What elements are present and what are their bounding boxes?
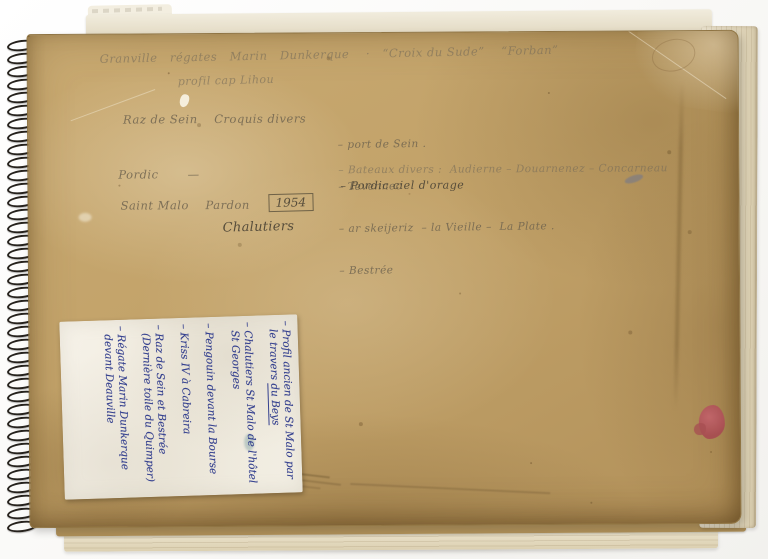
- pencil-list-item: – Bestrée: [339, 261, 555, 278]
- pencil-title-line: Granville régates Marin Dunkerque · “Cro…: [100, 43, 559, 66]
- note-line-underlined-text: du Beys: [267, 383, 281, 425]
- scuff-mark: [350, 483, 550, 494]
- blue-smudge: [624, 173, 644, 186]
- paper-note: – Profil ancien de St Malo par le traver…: [59, 314, 302, 499]
- pencil-raz-de-sein-label: Raz de Sein Croquis divers: [123, 111, 306, 126]
- sketchbook-photo: Granville régates Marin Dunkerque · “Cro…: [0, 0, 768, 559]
- pencil-list-item: – ar skeijeriz – la Vieille – La Plate .: [339, 219, 555, 236]
- note-line: – Chalutiers St Malo de l'hôtel St Georg…: [227, 322, 258, 489]
- note-handwriting: – Profil ancien de St Malo par le traver…: [65, 320, 296, 493]
- pencil-year-box: 1954: [268, 193, 313, 212]
- pencil-list-item: – port de Sein .: [338, 135, 554, 152]
- red-wax-stain: [699, 405, 725, 439]
- pencil-subtitle-line: profil cap Lihou: [178, 73, 275, 88]
- pencil-boats-line: – Bateaux divers : Audierne – Douarnenez…: [338, 162, 668, 176]
- wear-line: [673, 81, 684, 411]
- note-line: – Pengouin devant la Bourse: [202, 323, 220, 489]
- note-line: – Régate Marin Dunkerque devant Deauvill…: [100, 326, 131, 493]
- speckle-texture: [28, 35, 30, 37]
- pencil-saint-malo-label: Saint Malo Pardon: [121, 198, 250, 213]
- note-line: – Profil ancien de St Malo par le traver…: [265, 320, 296, 487]
- pencil-pordic-label: Pordic —: [118, 167, 199, 181]
- pencil-chalutiers-label: Chalutiers: [223, 219, 295, 236]
- note-line: – Raz de Sein et Bestrée (Dernière toile…: [138, 324, 169, 491]
- paint-chip: [179, 93, 190, 108]
- pencil-raz-list: – port de Sein . – Tevennec – ar skeijer…: [337, 107, 556, 306]
- note-line: – Kriss IV à Cabreira: [177, 324, 195, 490]
- pencil-storm-line: – Pordic ciel d'orage: [340, 179, 464, 193]
- light-patch: [79, 213, 92, 222]
